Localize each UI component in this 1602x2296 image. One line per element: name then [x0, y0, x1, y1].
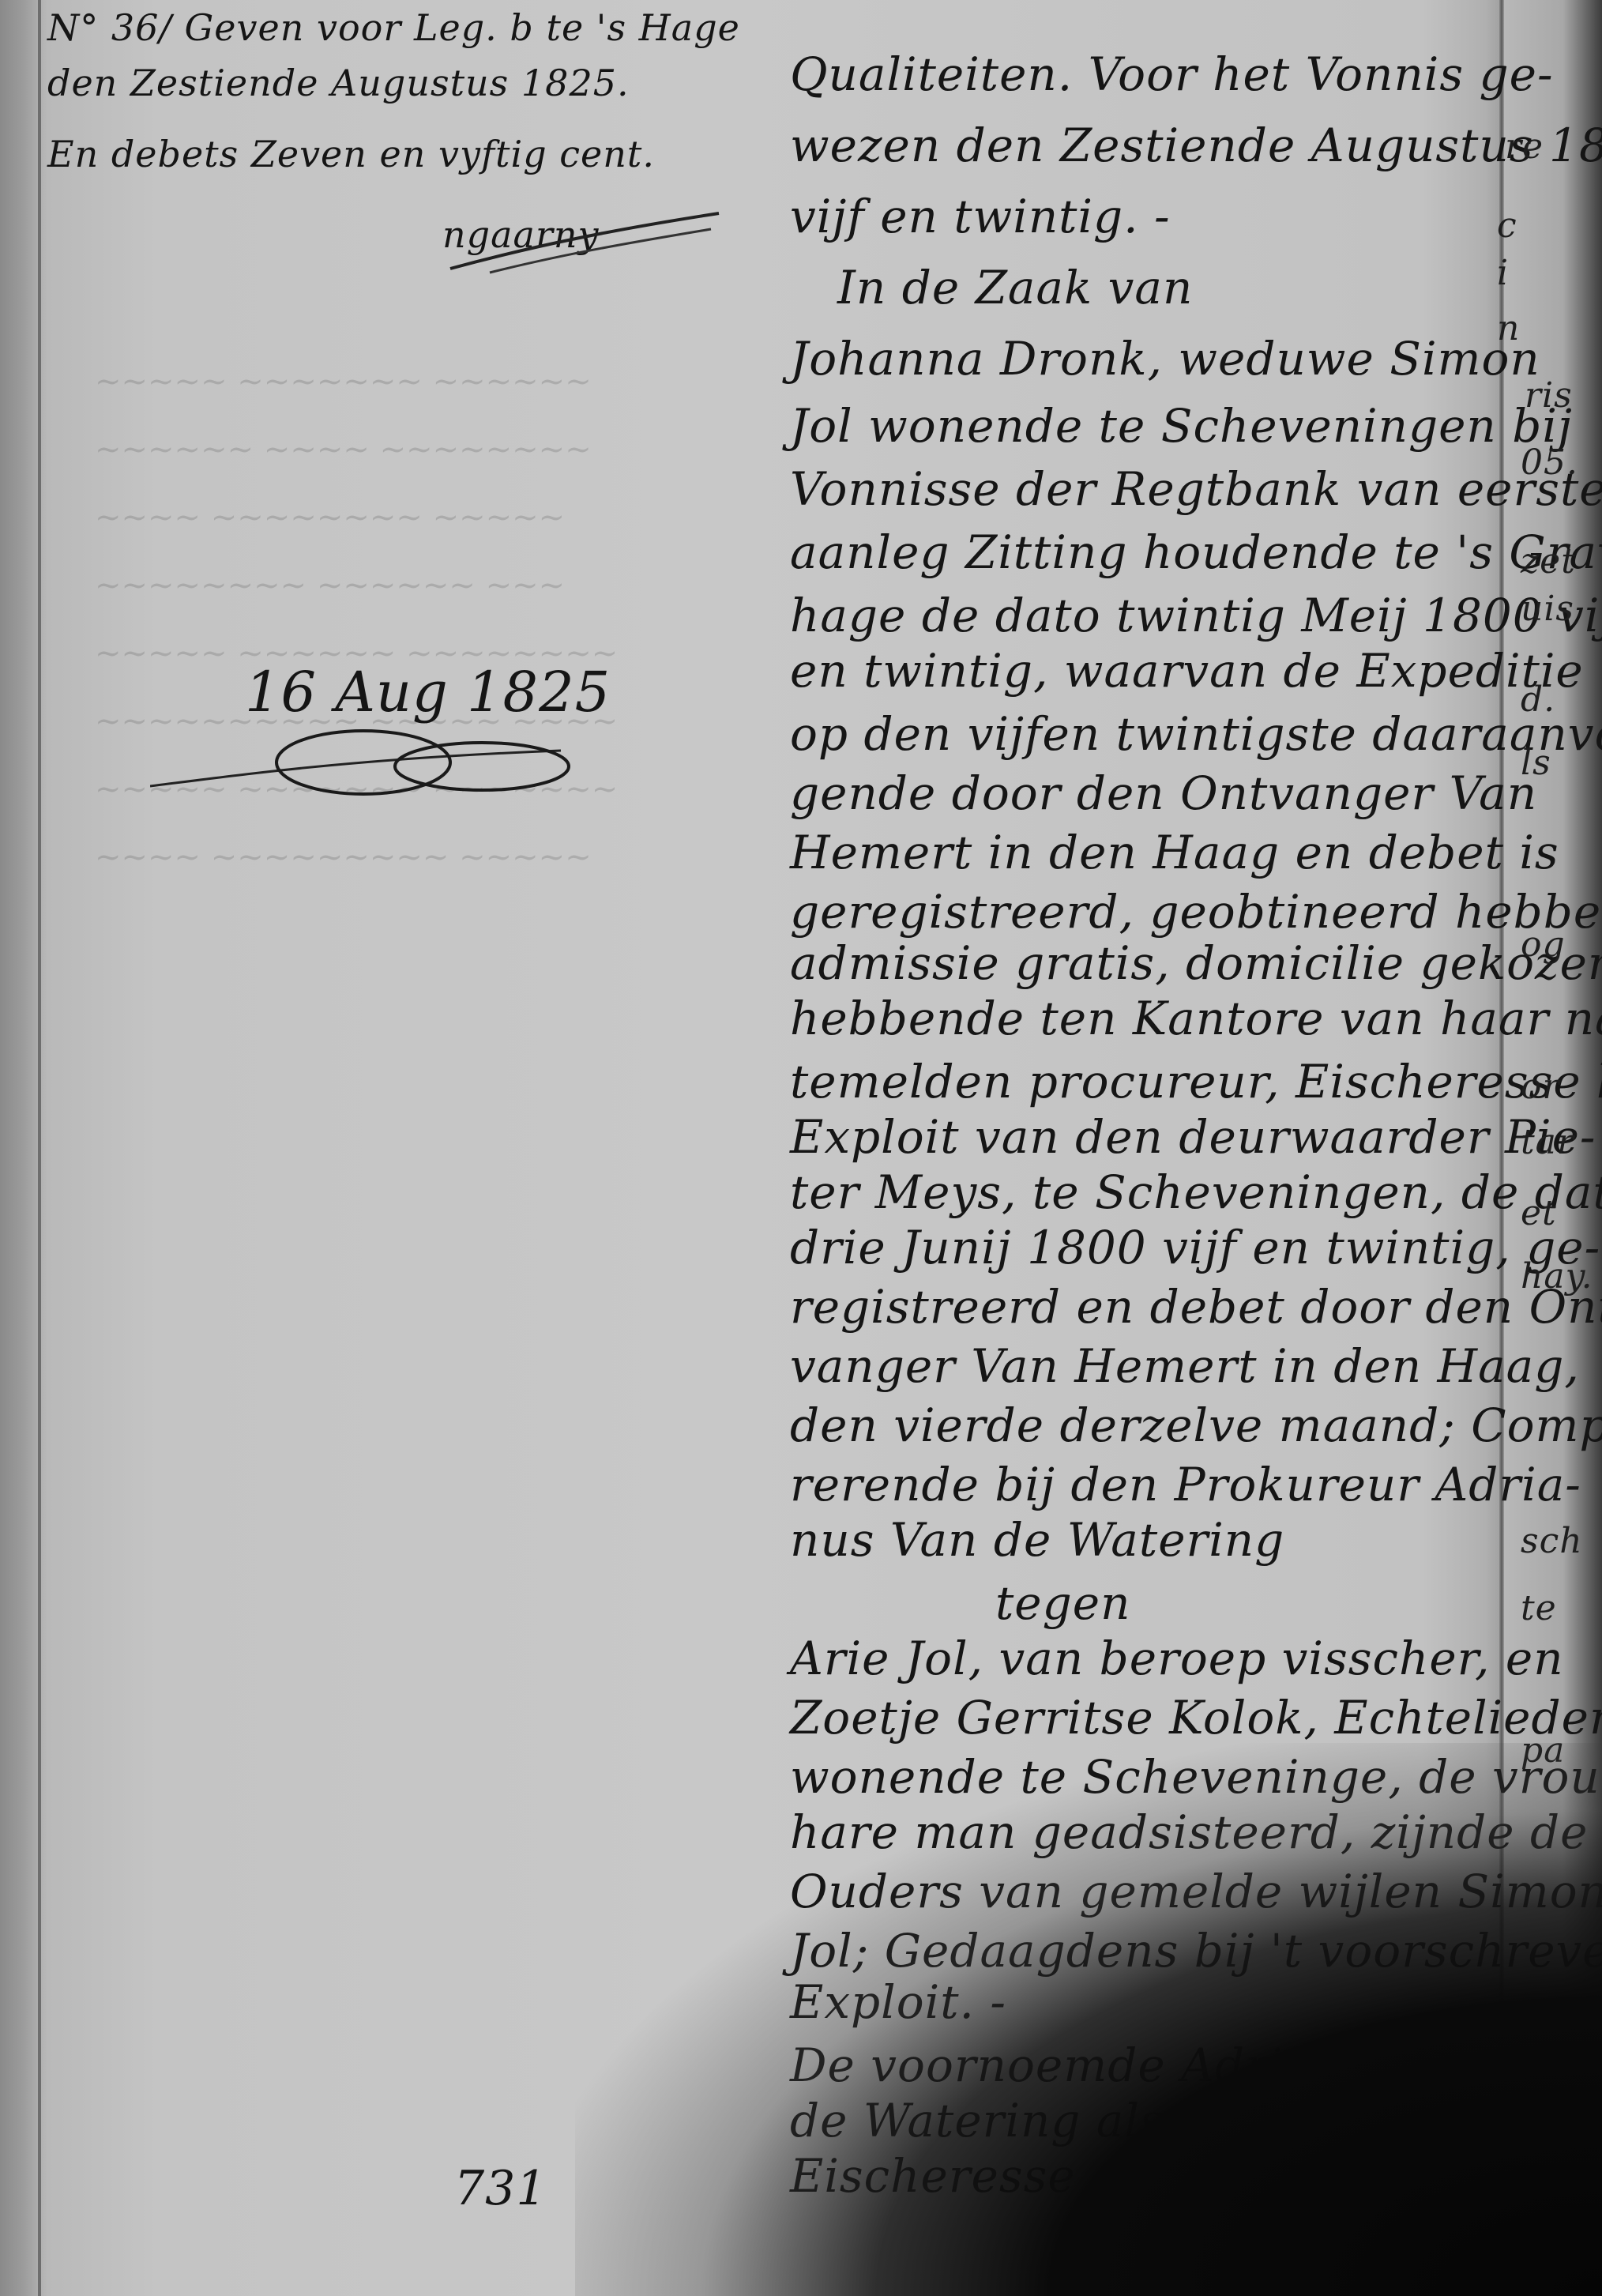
date-stamp: 16 Aug 1825 — [245, 660, 611, 725]
text-line: Qualiteiten. Voor het Vonnis ge- — [790, 47, 1554, 101]
margin-fragment: n — [1497, 308, 1520, 348]
text-line: geregistreerd, geobtineerd hebbende — [790, 885, 1602, 939]
text-line: In de Zaak van — [837, 261, 1193, 314]
folio-number: 731 — [454, 2161, 547, 2216]
text-line: drie Junij 1800 vijf en twintig, ge- — [790, 1221, 1600, 1274]
margin-fragment: et — [1521, 1193, 1557, 1233]
text-line: Jol; Gedaagdens bij 't voorschreve — [790, 1924, 1602, 1978]
text-line: Vonnisse der Regtbank van eersten — [790, 462, 1602, 516]
signature-flourish-icon — [442, 198, 727, 277]
text-line: vijf en twintig. - — [790, 190, 1171, 243]
text-line: admissie gratis, domicilie gekozen — [790, 936, 1602, 990]
document-scan: ~~~~~ ~~~~~~~ ~~~~~~ ~~~~~~ ~~~~ ~~~~~~~… — [0, 0, 1602, 2296]
text-line: Ouders van gemelde wijlen Simon — [790, 1865, 1602, 1918]
text-line: hebbende ten Kantore van haar na- — [790, 992, 1602, 1045]
text-line: Exploit van den deurwaarder Pie- — [790, 1110, 1596, 1164]
margin-fragment: hay. — [1521, 1256, 1593, 1297]
margin-fragment: sch — [1521, 1521, 1583, 1561]
margin-fragment: tar — [1521, 1122, 1574, 1162]
margin-fragment: re — [1505, 126, 1544, 167]
registration-line: den Zestiende Augustus 1825. — [47, 62, 630, 104]
date-flourish-icon — [150, 727, 592, 814]
margin-fragment: uis — [1521, 589, 1574, 629]
text-line: temelden procureur, Eischeresse bij — [790, 1055, 1602, 1108]
text-line: gende door den Ontvanger Van — [790, 766, 1537, 820]
text-line: De voornoemde Adrianus van — [790, 2038, 1497, 2092]
text-line: Johanna Dronk, weduwe Simon — [790, 332, 1540, 386]
text-line: den vierde derzelve maand; Compa- — [790, 1398, 1602, 1452]
margin-fragment: or — [1521, 1067, 1560, 1107]
margin-fragment: 05. — [1521, 442, 1578, 483]
text-line: nus Van de Watering — [790, 1513, 1284, 1567]
text-line: Exploit. - — [790, 1975, 1006, 2029]
text-line: Jol wonende te Scheveningen bij — [790, 399, 1573, 453]
text-line: Eischeresse concludeerde, dat — [790, 2149, 1523, 2203]
text-line: op den vijfen twintigste daaraanvol- — [790, 707, 1602, 761]
text-line: hage de dato twintig Meij 1800 vijf — [790, 589, 1602, 642]
margin-fragment: d. — [1521, 679, 1555, 720]
margin-fragment: ris — [1525, 375, 1573, 416]
margin-fragment: zet — [1521, 541, 1576, 582]
margin-fragment: c — [1497, 205, 1517, 246]
text-line: en twintig, waarvan de Expeditie — [790, 644, 1584, 698]
text-line: de Watering als procureur van de — [790, 2094, 1595, 2147]
text-line: Hemert in den Haag en debet is — [790, 826, 1559, 879]
text-line: vanger Van Hemert in den Haag, — [790, 1339, 1580, 1393]
text-line-tegen: tegen — [995, 1576, 1130, 1630]
text-line: aanleg Zitting houdende te 's Graven- — [790, 525, 1602, 579]
text-line: registreerd en debet door den Ont- — [790, 1280, 1602, 1334]
margin-fragment: og — [1521, 924, 1566, 965]
text-line: hare man geadsisteerd, zijnde de — [790, 1805, 1589, 1859]
text-line: wonende te Scheveninge, de vrouw met — [790, 1750, 1602, 1804]
text-line: Arie Jol, van beroep visscher, en — [790, 1632, 1564, 1685]
text-line: Zoetje Gerritse Kolok, Echtelieden, — [790, 1691, 1602, 1745]
text-line: ter Meys, te Scheveningen, de dato — [790, 1165, 1602, 1219]
text-line: wezen den Zestiende Augustus 1800 — [790, 119, 1602, 172]
registration-line: En debets Zeven en vyftig cent. — [47, 133, 655, 175]
margin-fragment: pa — [1521, 1730, 1565, 1771]
margin-fragment: te — [1521, 1588, 1557, 1628]
registration-line: N° 36/ Geven voor Leg. b te 's Hage — [47, 6, 740, 49]
margin-fragment: i — [1497, 253, 1509, 293]
text-line: rerende bij den Prokureur Adria- — [790, 1458, 1581, 1511]
binding-edge — [38, 0, 41, 2296]
margin-fragment: ls — [1521, 743, 1551, 783]
